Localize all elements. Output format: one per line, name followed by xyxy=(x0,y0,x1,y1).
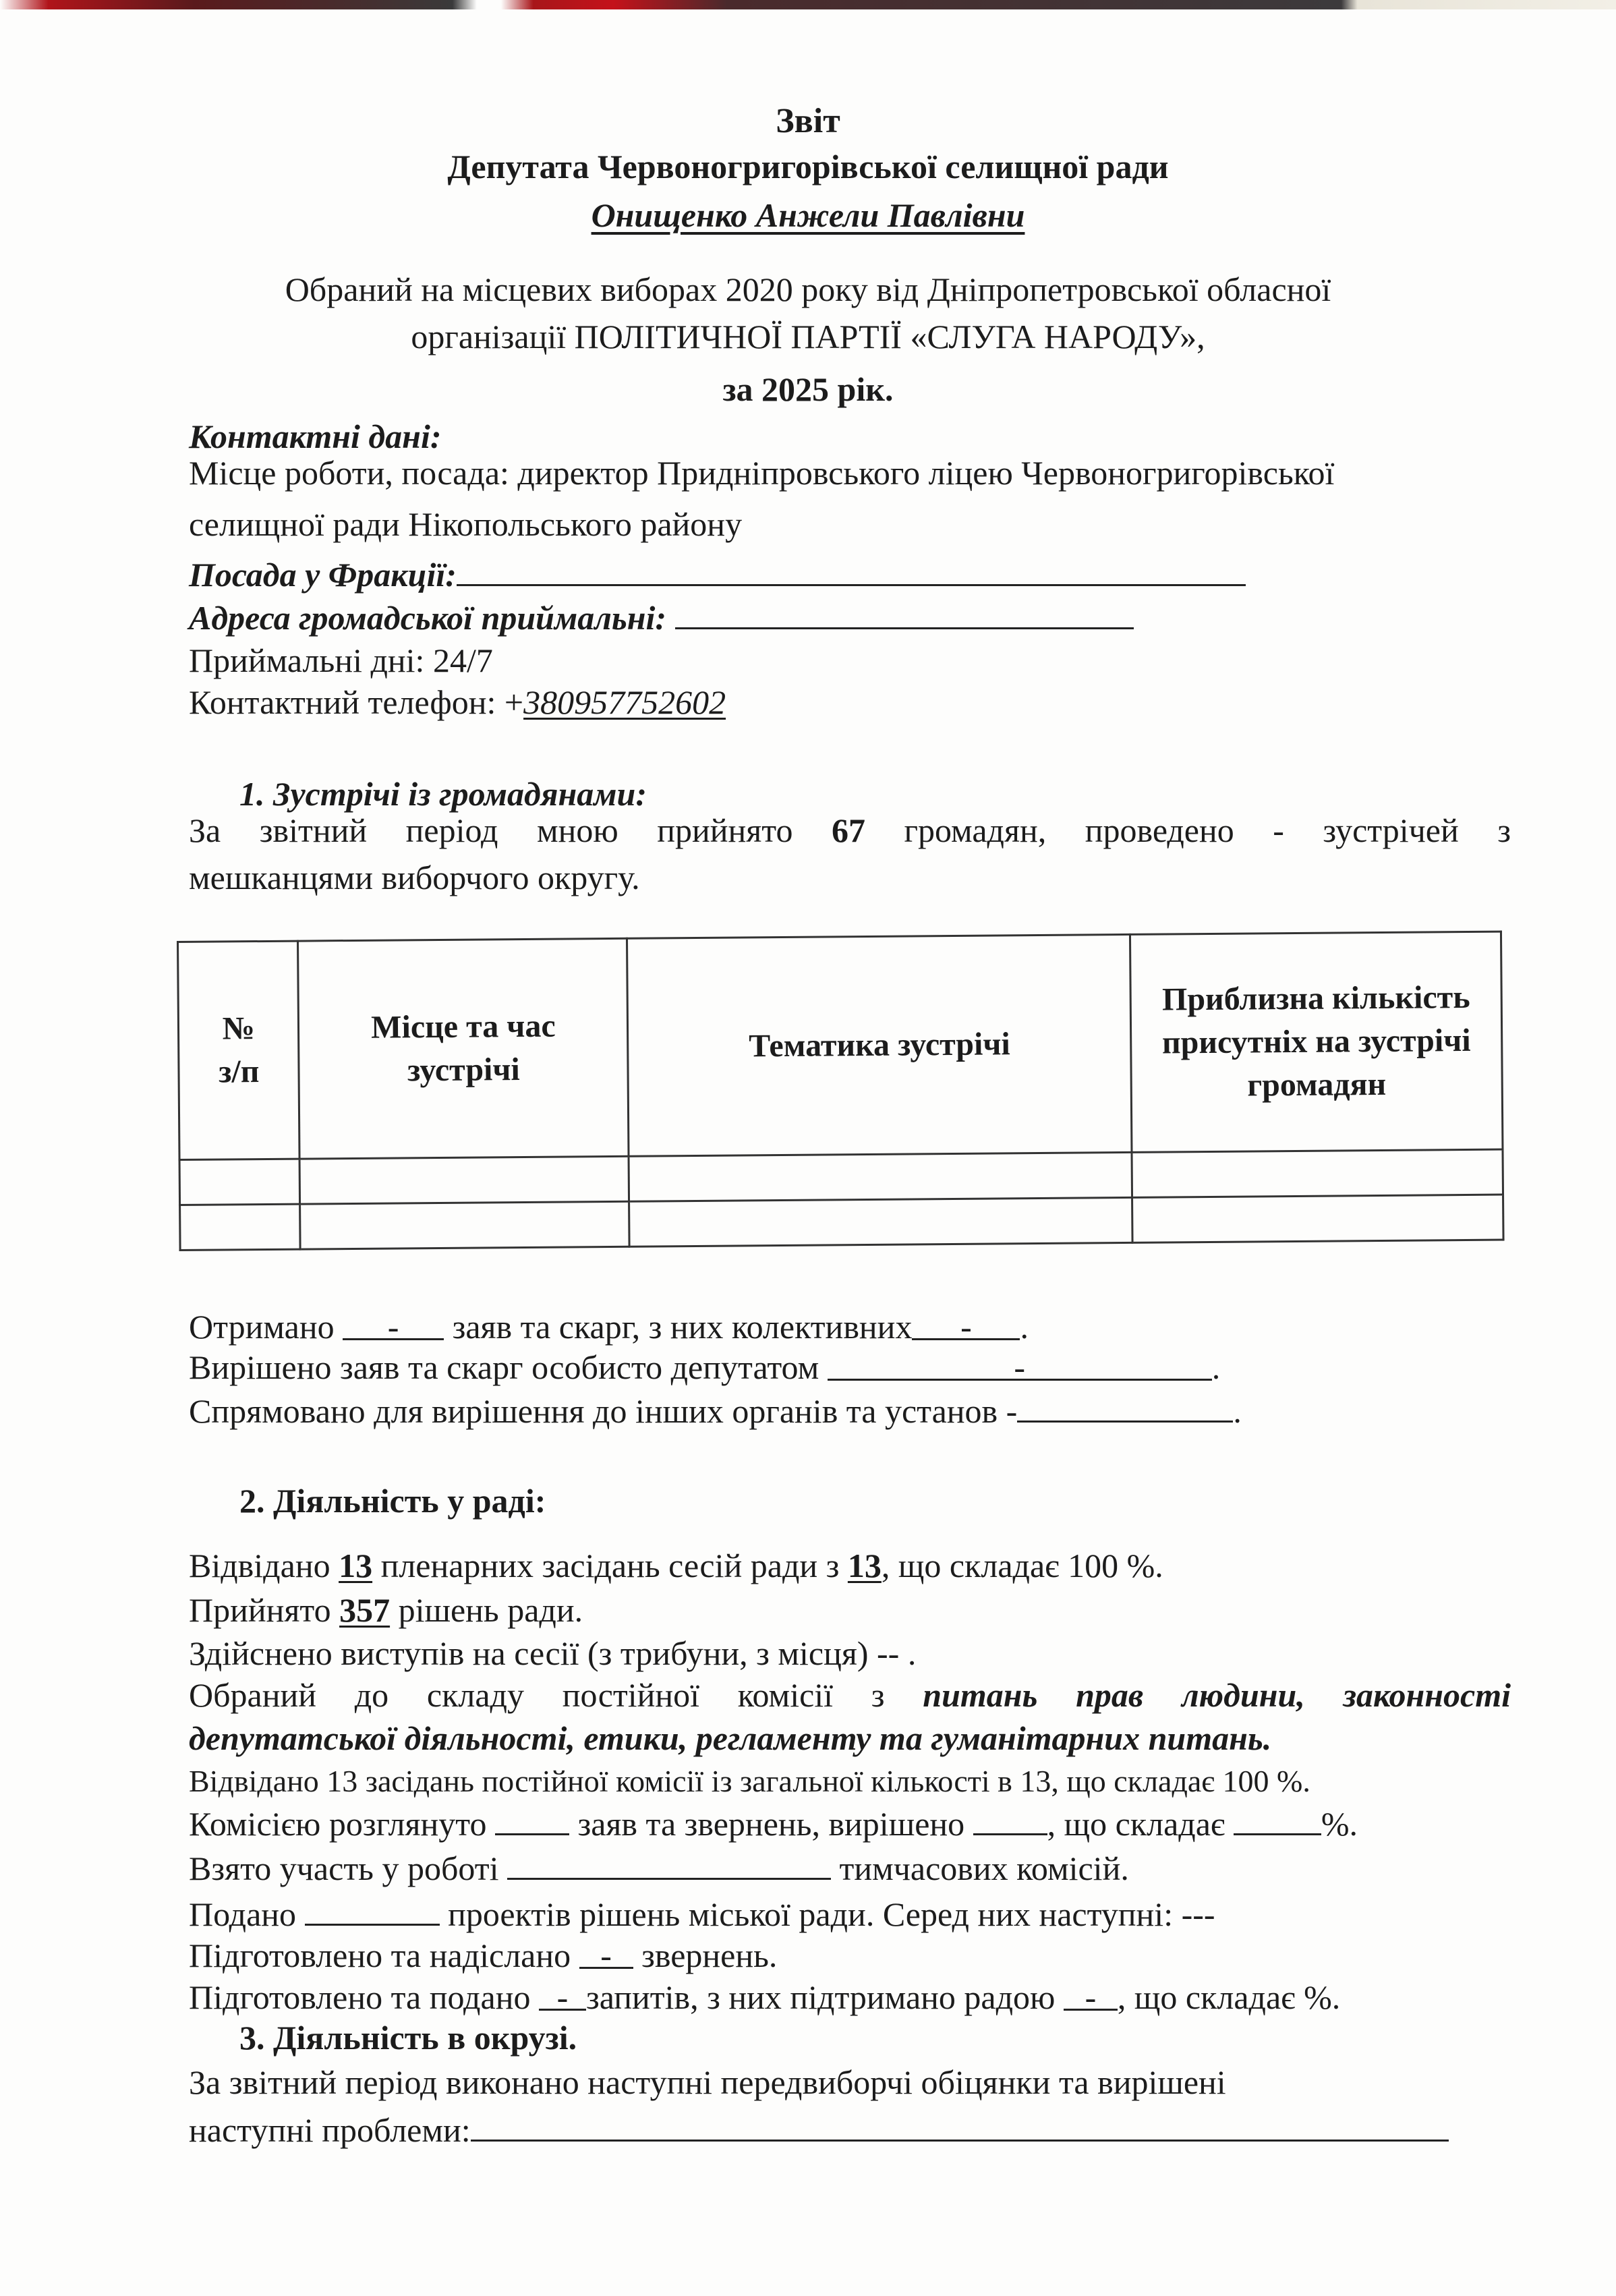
section-1-heading: 1. Зустрічі із громадянами: xyxy=(239,774,647,813)
elected-line-1: Обраний на місцевих виборах 2020 року ві… xyxy=(0,270,1616,309)
temporary-commissions-field[interactable] xyxy=(507,1847,831,1880)
collective-complaints-field[interactable]: - xyxy=(912,1307,1020,1340)
faction-position-field[interactable] xyxy=(457,553,1246,586)
requests-submitted-field[interactable]: - xyxy=(539,1978,586,2011)
table-row xyxy=(180,1195,1503,1250)
committee-reviewed-field[interactable] xyxy=(495,1802,569,1835)
section-1-text-line-2: мешканцями виборчого округу. xyxy=(189,858,640,897)
report-period: за 2025 рік. xyxy=(0,370,1616,409)
table-header-row: №з/п Місце та часзустрічі Тематика зустр… xyxy=(178,931,1503,1159)
deputy-name: Онищенко Анжели Павлівни xyxy=(0,196,1616,235)
complaints-redirected: Спрямовано для вирішення до інших органі… xyxy=(189,1389,1242,1431)
section-3-text-line-1: За звітний період виконано наступні пере… xyxy=(189,2063,1226,2102)
committee-membership-line-1: Обраний до складу постійної комісії з пи… xyxy=(189,1675,1511,1715)
section-1-text-line-1: За звітний період мною прийнято 67 грома… xyxy=(189,811,1511,850)
committee-percent-field[interactable] xyxy=(1234,1802,1321,1835)
section-2-heading: 2. Діяльність у раді: xyxy=(239,1481,546,1520)
committee-resolved-field[interactable] xyxy=(973,1802,1047,1835)
column-header-topic: Тематика зустрічі xyxy=(627,934,1132,1156)
complaints-resolved-field[interactable]: - xyxy=(828,1348,1212,1381)
resolved-problems-field[interactable] xyxy=(471,2108,1449,2142)
appeals-sent: Підготовлено та надіслано - звернень. xyxy=(189,1936,777,1975)
session-speeches: Здійснено виступів на сесії (з трибуни, … xyxy=(189,1634,916,1673)
workplace-line-1: Місце роботи, посада: директор Придніпро… xyxy=(189,453,1334,492)
appeals-sent-field[interactable]: - xyxy=(579,1936,633,1969)
decisions-adopted: Прийнято 357 рішень ради. xyxy=(189,1590,583,1630)
document-subtitle: Депутата Червоногригорівської селищної р… xyxy=(0,147,1616,186)
temporary-commissions: Взято участь у роботі тимчасових комісій… xyxy=(189,1847,1129,1888)
workplace-line-2: селищної ради Нікопольського району xyxy=(189,505,742,544)
complaints-received-field[interactable]: - xyxy=(343,1307,444,1340)
table-cell[interactable] xyxy=(629,1152,1132,1201)
committee-membership-line-2: депутатської діяльності, етики, регламен… xyxy=(189,1719,1271,1758)
table-cell[interactable] xyxy=(1132,1149,1503,1197)
column-header-number: №з/п xyxy=(178,941,300,1159)
requests-submitted: Підготовлено та подано -запитів, з них п… xyxy=(189,1978,1340,2017)
complaints-received: Отримано - заяв та скарг, з них колектив… xyxy=(189,1307,1029,1346)
meetings-table: №з/п Місце та часзустрічі Тематика зустр… xyxy=(177,931,1505,1251)
column-header-attendees: Приблизна кількість присутніх на зустріч… xyxy=(1130,931,1503,1152)
table-cell[interactable] xyxy=(1132,1195,1503,1242)
table-cell[interactable] xyxy=(179,1159,300,1205)
requests-supported-field[interactable]: - xyxy=(1064,1978,1118,2011)
reception-days: Приймальні дні: 24/7 xyxy=(189,641,493,680)
table-cell[interactable] xyxy=(629,1197,1132,1246)
table-cell[interactable] xyxy=(180,1204,301,1250)
plenary-total-count: 13 xyxy=(848,1547,882,1584)
contact-phone: Контактний телефон: +380957752602 xyxy=(189,683,726,722)
section-3-text-line-2: наступні проблеми: xyxy=(189,2108,1449,2150)
draft-decisions-field[interactable] xyxy=(305,1893,440,1926)
reception-address-label: Адреса громадської приймальні: xyxy=(189,599,666,637)
decisions-count: 357 xyxy=(339,1591,390,1629)
faction-position-label: Посада у Фракції: xyxy=(189,556,457,594)
document-title: Звіт xyxy=(0,101,1616,141)
phone-label: Контактний телефон: + xyxy=(189,683,523,721)
citizens-received-count: 67 xyxy=(832,811,865,849)
complaints-resolved: Вирішено заяв та скарг особисто депутато… xyxy=(189,1348,1220,1387)
contacts-heading: Контактні дані: xyxy=(189,417,442,456)
scan-edge-artifact xyxy=(0,0,1616,9)
phone-number[interactable]: 380957752602 xyxy=(523,683,726,721)
table-cell[interactable] xyxy=(300,1201,629,1249)
committee-reviewed: Комісією розглянуто заяв та звернень, ви… xyxy=(189,1802,1358,1843)
draft-decisions: Подано проектів рішень міської ради. Сер… xyxy=(189,1893,1215,1934)
reception-address-field[interactable] xyxy=(675,596,1134,629)
section-3-heading: 3. Діяльність в окрузі. xyxy=(239,2018,577,2057)
reception-address: Адреса громадської приймальні: xyxy=(189,596,1134,637)
plenary-attended-count: 13 xyxy=(339,1547,372,1584)
complaints-redirected-field[interactable] xyxy=(1017,1389,1233,1423)
column-header-place-time: Місце та часзустрічі xyxy=(298,938,629,1159)
table-cell[interactable] xyxy=(299,1156,629,1204)
plenary-attendance: Відвідано 13 пленарних засідань сесій ра… xyxy=(189,1546,1163,1585)
faction-position: Посада у Фракції: xyxy=(189,553,1246,594)
committee-attendance: Відвідано 13 засідань постійної комісії … xyxy=(189,1763,1310,1799)
elected-line-2: організації ПОЛІТИЧНОЇ ПАРТІЇ «СЛУГА НАР… xyxy=(0,317,1616,356)
